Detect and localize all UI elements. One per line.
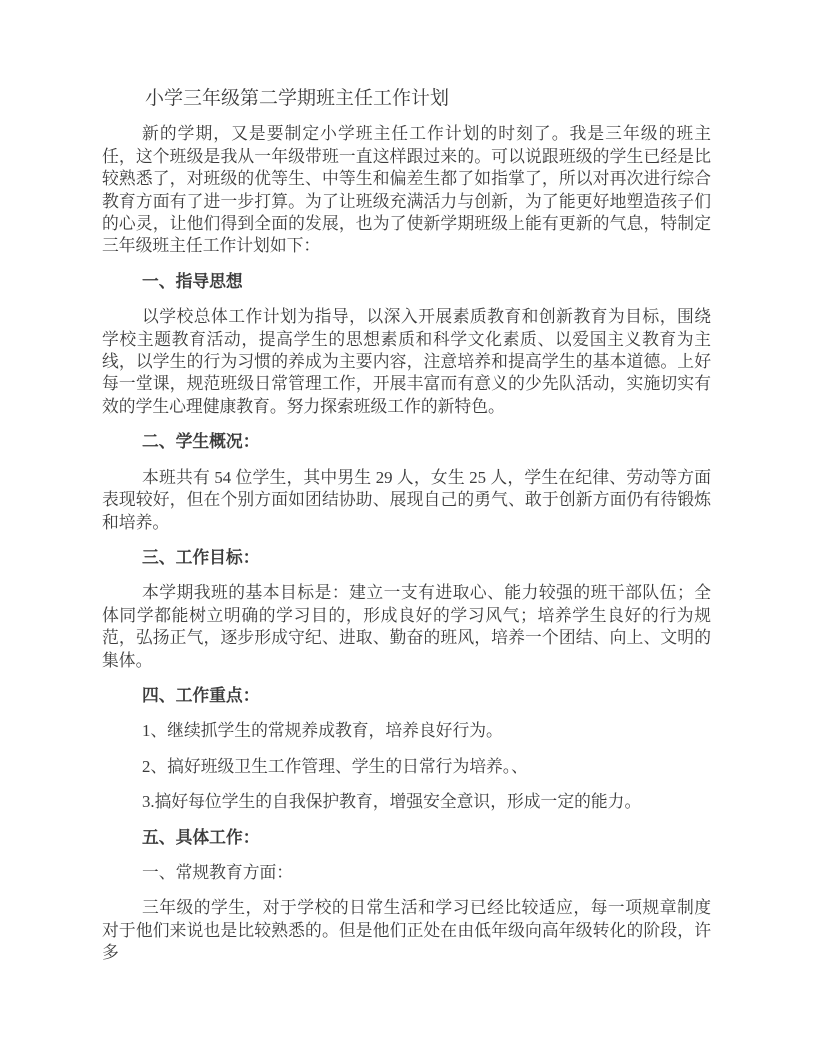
- paragraph-work-goals: 本学期我班的基本目标是：建立一支有进取心、能力较强的班干部队伍；全体同学都能树立…: [102, 582, 711, 672]
- heading-work-goals: 三、工作目标：: [102, 547, 711, 569]
- subheading-routine-education: 一、常规教育方面：: [102, 862, 711, 884]
- work-priority-item-3: 3.搞好每位学生的自我保护教育，增强安全意识，形成一定的能力。: [102, 791, 711, 813]
- paragraph-guiding-ideology: 以学校总体工作计划为指导，以深入开展素质教育和创新教育为目标，围绕学校主题教育活…: [102, 306, 711, 418]
- paragraph-student-overview: 本班共有 54 位学生，其中男生 29 人，女生 25 人，学生在纪律、劳动等方…: [102, 467, 711, 534]
- heading-work-priorities: 四、工作重点：: [102, 685, 711, 707]
- work-priority-item-1: 1、继续抓学生的常规养成教育，培养良好行为。: [102, 720, 711, 742]
- intro-paragraph: 新的学期，又是要制定小学班主任工作计划的时刻了。我是三年级的班主任，这个班级是我…: [102, 123, 711, 257]
- heading-guiding-ideology: 一、指导思想: [102, 271, 711, 293]
- document-page: 小学三年级第二学期班主任工作计划 新的学期，又是要制定小学班主任工作计划的时刻了…: [0, 0, 816, 1056]
- work-priority-item-2: 2、搞好班级卫生工作管理、学生的日常行为培养。、: [102, 756, 711, 778]
- page-title: 小学三年级第二学期班主任工作计划: [102, 88, 711, 110]
- document-content: 小学三年级第二学期班主任工作计划 新的学期，又是要制定小学班主任工作计划的时刻了…: [102, 88, 711, 978]
- heading-specific-work: 五、具体工作：: [102, 827, 711, 849]
- paragraph-routine-education: 三年级的学生，对于学校的日常生活和学习已经比较适应，每一项规章制度对于他们来说也…: [102, 897, 711, 964]
- heading-student-overview: 二、学生概况：: [102, 431, 711, 453]
